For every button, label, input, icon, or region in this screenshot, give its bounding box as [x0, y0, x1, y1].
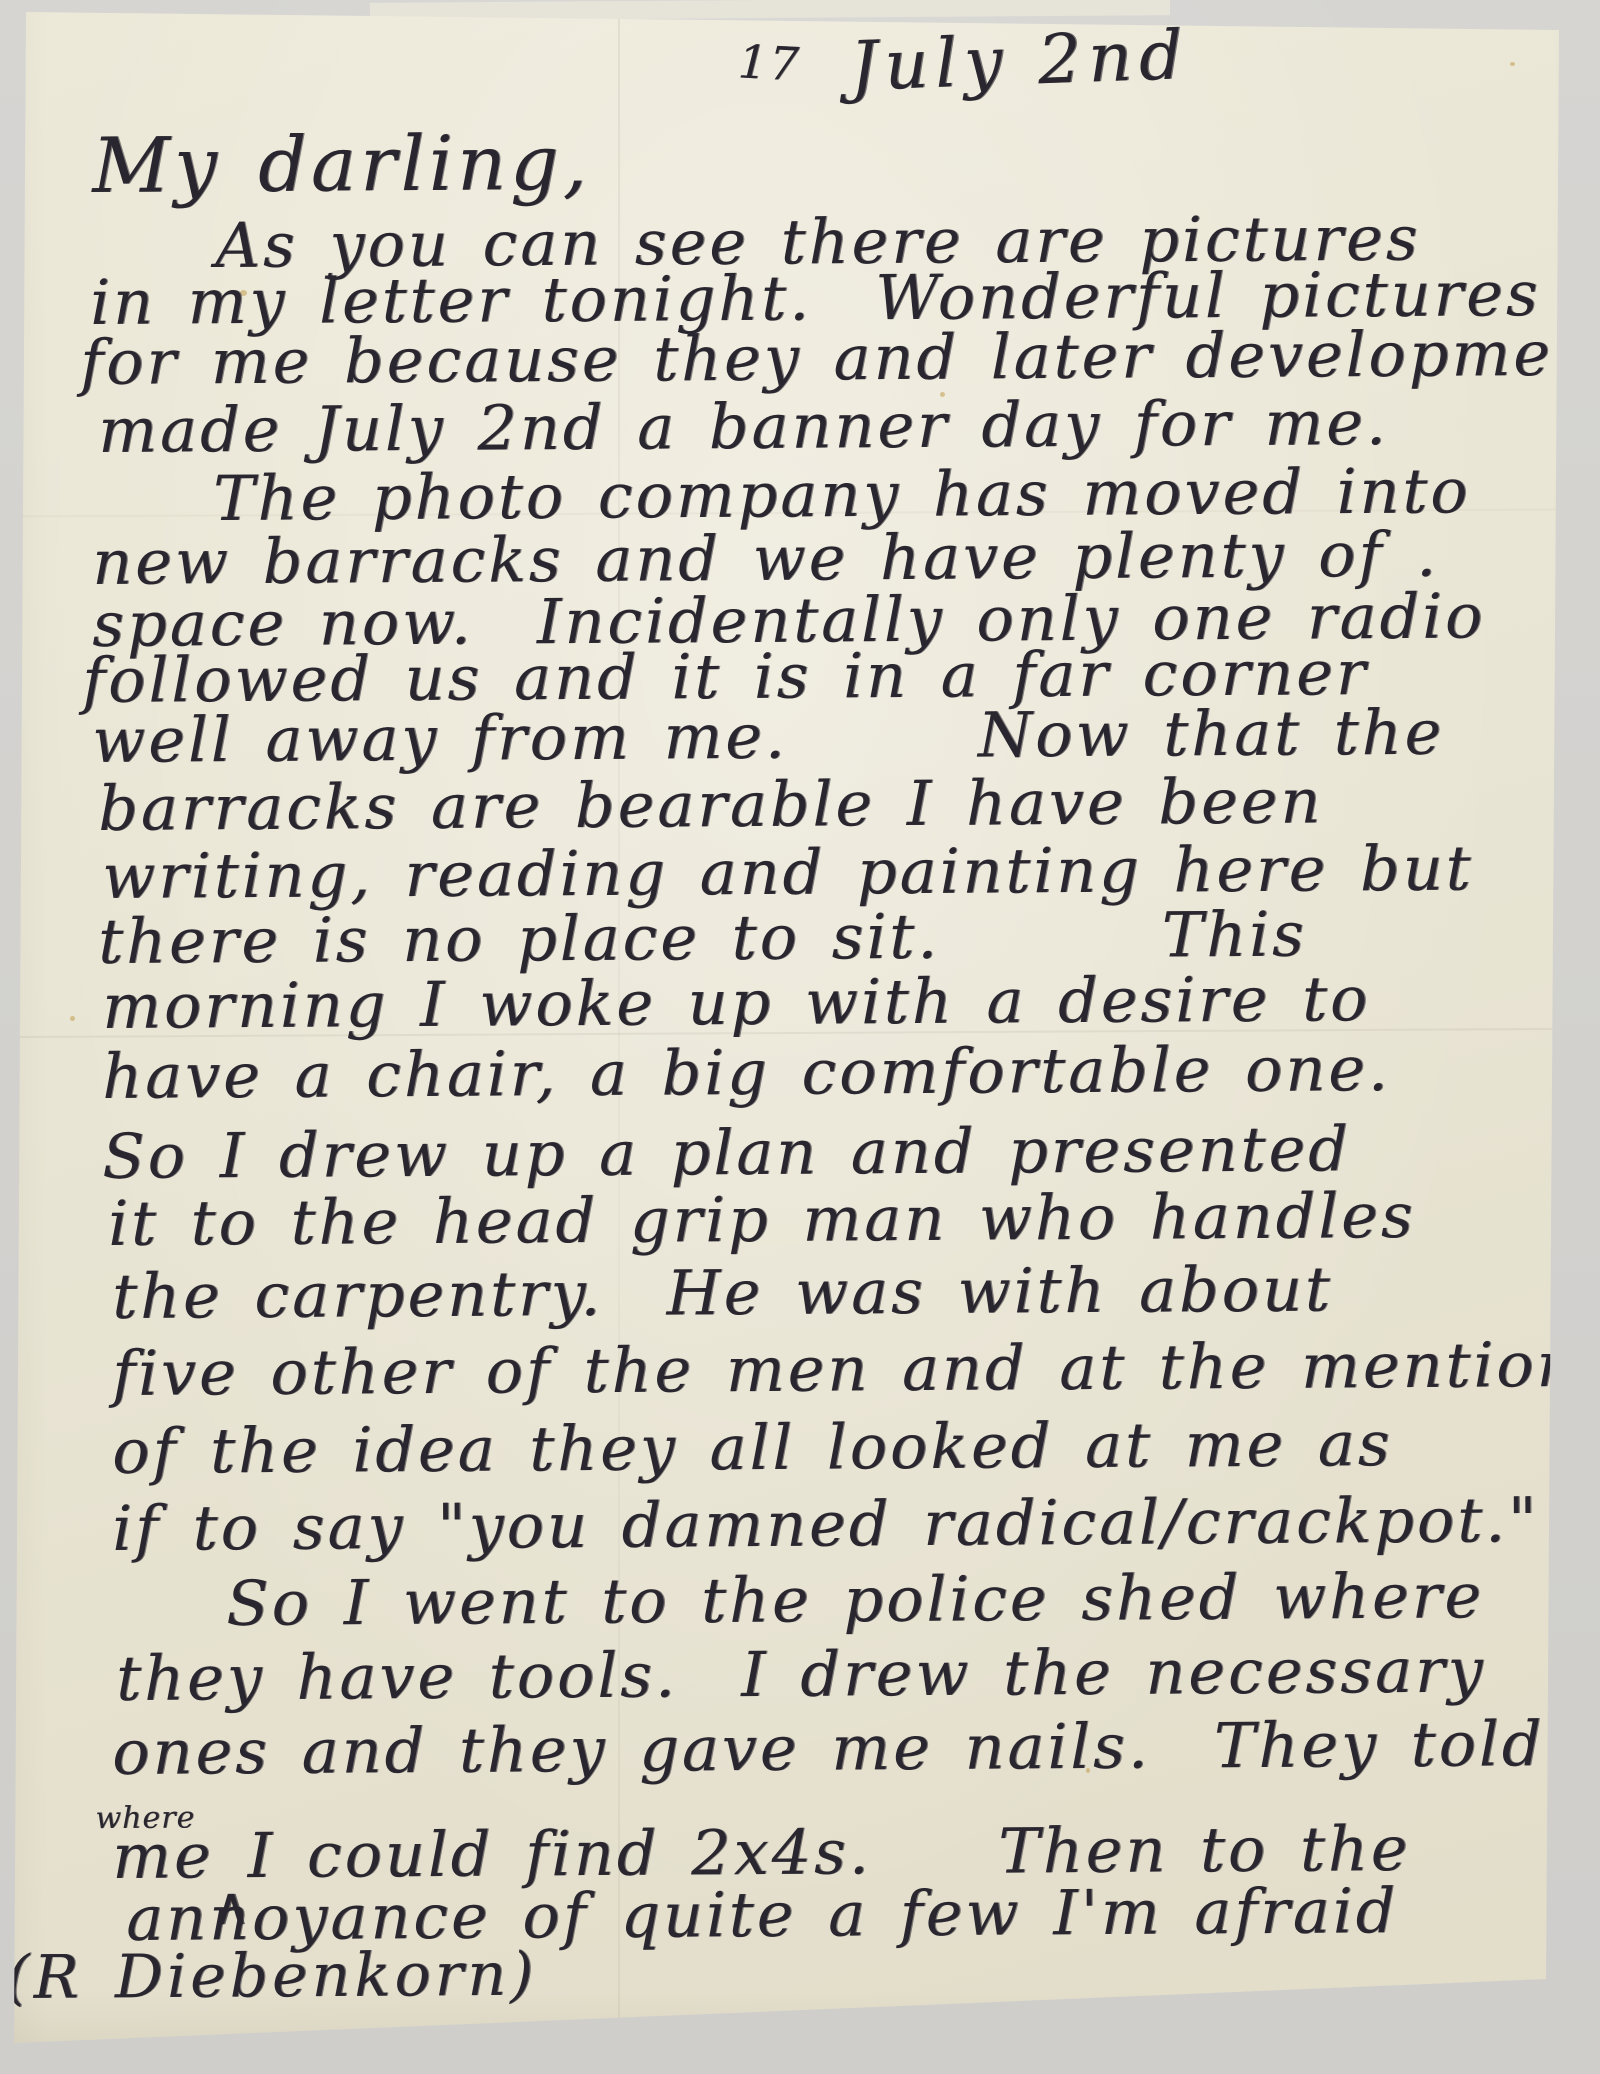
letter-line: the carpentry. He was with about	[112, 1259, 1333, 1328]
letter-line: So I went to the police shed where	[226, 1565, 1484, 1635]
letter-line: if to say "you damned radical/crackpot."	[112, 1489, 1540, 1560]
paper-stain	[70, 1016, 75, 1021]
letter-line: annoyance of quite a few I'm afraid	[126, 1880, 1398, 1950]
letter-line: have a chair, a big comfortable one.	[102, 1038, 1391, 1108]
letter-line: they have tools. I drew the necessary	[116, 1640, 1486, 1710]
letter-line: five other of the men and at the mention	[112, 1334, 1580, 1405]
letter-date: July 2nd	[849, 16, 1191, 107]
letter-line: So I drew up a plan and presented	[102, 1118, 1351, 1188]
page-number: 17	[737, 34, 802, 91]
insertion-mark: ∧where	[214, 1867, 248, 1877]
letter-page: 17 July 2nd My darling, As you can see t…	[0, 0, 1600, 2074]
signature: (R Diebenkorn)	[6, 1945, 538, 2008]
letter-line: it to the head grip man who handles	[108, 1185, 1416, 1255]
scanned-letter-background: 17 July 2nd My darling, As you can see t…	[0, 0, 1600, 2074]
paper-stain	[1510, 62, 1515, 66]
letter-line: ones and they gave me nails. They told	[112, 1713, 1545, 1784]
letter-line: for me because they and later developmen…	[80, 322, 1600, 394]
letter-line: of the idea they all looked at me as	[112, 1413, 1393, 1483]
inserted-word: where	[95, 1803, 195, 1834]
salutation: My darling,	[92, 125, 591, 204]
letter-line: well away from me. Now that the	[92, 702, 1444, 772]
letter-line: there is no place to sit. This	[98, 904, 1307, 973]
letter-line: morning I woke up with a desire to	[102, 968, 1371, 1038]
letter-line: made July 2nd a banner day for me.	[98, 392, 1389, 462]
letter-line: barracks are bearable I have been	[98, 771, 1323, 840]
